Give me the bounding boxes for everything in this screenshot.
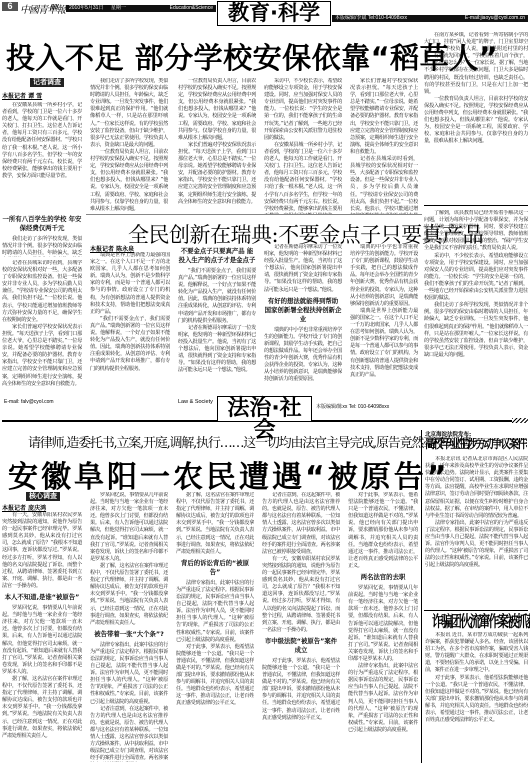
article2-column-3: 记者在斯德哥尔摩采访了一位发明家，他发明的一种新型环保材料已经投入批量生产。他说… (264, 244, 342, 390)
newspaper-logo: 中國青年報 (20, 1, 65, 16)
paragraph: 记者在斯德哥尔摩采访了一位发明家，他发明的一种新型环保材料已经投入批量生产。他说… (178, 325, 256, 375)
paragraph: 记者注意到，在这起案件中，被告方的代理人也是由这名法官推荐的。也就是说，原告、被… (262, 492, 340, 556)
section-title-education: 教育·科学 (217, 1, 331, 26)
paragraph: 法律专家指出，此案中法官的行为严重违反了法定程序。根据民事诉讼法的规定，民事诉讼… (176, 580, 254, 644)
sidebar2-body: 本报讯 近日，某市警方成功破获一起系列诈骗案，抓获犯罪嫌疑人多名。经查，该团伙以… (425, 632, 528, 762)
article1-column-4: 采访中，不少校长表示，希望政府能够设立专项资金，用于学校安保建设。同时，应当加强… (264, 78, 342, 215)
paragraph: 在安徽某县城一所乡村小学，记者看到，学校的门卫是一位六十多岁的老人，他每天的工作… (2, 102, 82, 180)
page-number: 6 (2, 2, 18, 11)
article2-column-1: 瑞典是世界上创新能力最强的国家之一。在这个人口不足一千万的北欧国家，几乎人人都在… (90, 252, 170, 390)
paragraph: 对于此事，罗某表示，他希望法院能够还他一个公道。“我只是一个普通农民，不懂法律，… (262, 658, 340, 722)
paragraph: 一位教育局负责人坦言，目前农村学校的安保投入确实不足。按照规定，学校安保经费应从… (424, 96, 528, 146)
divider (424, 610, 528, 611)
article2-column-4: 瑞典的中小学也非常重视培养学生的创新能力。学校开设了专门的创新课程，鼓励学生动手… (350, 244, 418, 390)
byline-article1: 本报记者 谭 雪 (2, 91, 42, 100)
tag-core-investigation: 核心调查 (26, 492, 60, 501)
paragraph: 有一天，安徽阜阳某村农民罗某突然接到法院的通知，说他作为原告的一起民事案件已经审… (262, 556, 340, 634)
issue-weekday: 星期一 (108, 5, 129, 11)
article3-column-2: 罗某回忆说，事情要从几年前说起。当时他与当地一家企业有一笔经济往来，对方欠他一笔… (90, 492, 168, 762)
paragraph: 对于此事，罗某表示，他希望法院能够还他一个公道。“我只是一个普通农民，不懂法律，… (425, 675, 528, 725)
paragraph: 瑞典的中小学也非常重视培养学生的创新能力。学校开设了专门的创新课程，鼓励学生动手… (350, 244, 418, 308)
paragraph: 对于此事，罗某表示，他希望法院能够还他一个公道。“我只是一个普通农民，不懂法律，… (176, 644, 254, 708)
sidebar1-headline: 高校毕业生涉劳动争议案件增长迅速 (425, 438, 527, 452)
subhead: 有好的想法就能得到帮助 国家创新署全程扶持创新企业 (264, 297, 342, 324)
subhead: 一所有八百学生的学校 年安保经费仅两千元 (2, 215, 82, 233)
issue-date: 2010年5月31日 (66, 5, 106, 11)
paragraph: 记者在县城采访时看到，县城学校的安保状况相对好一些，大多配备了专职保安和监控设备… (2, 260, 82, 324)
subhead: 本人不知道,是谁“被原告” (2, 593, 82, 602)
paragraph: 我们走访了多所学校发现，类似情况并非个例。很多学校的保安由临时聘请的人员担任，年… (2, 236, 82, 257)
sidebar2-headline: 诈骗团伙流窜作案被抓获 (432, 614, 530, 629)
paragraph: 法律专家指出，此案中法官的行为严重违反了法定程序。根据民事诉讼法的规定，民事诉讼… (425, 520, 528, 570)
slash-decoration: ///// (50, 3, 58, 11)
right-column-top: 在南方某乡镇，记者看到一所寄宿制小学的大门口，挂着“闲人免进”的牌子，门卫室里却… (424, 32, 528, 200)
article1-column-1: 在安徽某县城一所乡村小学，记者看到，学校的门卫是一位六十多岁的老人，他每天的工作… (2, 102, 82, 210)
headline-fuyang-farmer: 安徽阜阳一农民遭遇“被原告” (8, 452, 449, 496)
article2-column-2: 不要金点子只要真产品 能投入生产的点子才是金点子 “我们不需要金点子，我们需要真… (178, 244, 256, 390)
paragraph: 瑞典的中小学也非常重视培养学生的创新能力。学校开设了专门的创新课程，鼓励学生动手… (264, 327, 342, 384)
subhead: 市中级法院“被原告”案件成立 (262, 637, 340, 655)
paragraph: 家长们普遍对学校安保状况表示担忧。“每天送孩子上学，看到门口那位老大爷，心里总是… (350, 78, 418, 156)
paragraph: 对于此事，罗某表示，他希望法院能够还他一个公道。“我只是一个普通农民，不懂法律，… (348, 492, 418, 570)
paragraph: 我们走访了多所学校发现，类似情况并非个例。很多学校的保安由临时聘请的人员担任，年… (424, 302, 528, 359)
paragraph: 我们走访了多所学校发现，类似情况并非个例。很多学校的保安由临时聘请的人员担任，年… (90, 78, 168, 149)
article3-column-5: 对于此事，罗某表示，他希望法院能够还他一个公道。“我只是一个普通农民，不懂法律，… (348, 492, 418, 762)
tag-reporter-investigation: 记者调查 (30, 78, 64, 87)
subhead: 两名法官的去职 (348, 573, 418, 582)
editor-line-law: 本版编辑/陈xx Tel: 010-64098xxx (316, 403, 389, 410)
paragraph: 瑞典是世界上创新能力最强的国家之一。在这个人口不足一千万的北欧国家，几乎人人都在… (90, 252, 170, 316)
section-title-law-society: 法治·社会 (217, 396, 312, 422)
paragraph: 罗某回忆说，事情要从几年前说起。当时他与当地一家企业有一笔经济往来，对方欠他一笔… (348, 585, 418, 663)
paragraph: 据了解，这名法官在案件审理过程中，不仅代原告签署了委托书，还指定了代理律师，并主… (90, 563, 168, 627)
paragraph: 家长们普遍对学校安保状况表示担忧。“每天送孩子上学，看到门口那位老大爷，心里总是… (2, 324, 82, 388)
section-email: E-mail:jiaoyu@cyol.com.cn (462, 15, 528, 22)
divider (312, 420, 512, 422)
subhead: 不要金点子只要真产品 能投入生产的点子才是金点子 (178, 247, 256, 265)
paragraph: “我们不需要金点子，我们需要真产品。”瑞典创新署的一位官员这样说。他解释说，一个… (178, 268, 256, 325)
article1-column-2: 我们走访了多所学校发现，类似情况并非个例。很多学校的保安由临时聘请的人员担任，年… (90, 78, 168, 215)
sidebar1-body: 本报北京讯 记者从北京市海淀区人民法院获悉，近年来涉及高校毕业生的劳动争议案件呈… (425, 456, 528, 606)
section-email-law: E-mail: falv@cyol.com (4, 399, 54, 405)
paragraph: 记者在斯德哥尔摩采访了一位发明家，他发明的一种新型环保材料已经投入批量生产。他说… (264, 244, 342, 294)
divider (424, 205, 528, 206)
section-english-law: Law & Society (178, 399, 213, 405)
paragraph: 在安徽某县城一所乡村小学，记者看到，学校的门卫是一位六十多岁的老人，他每天的工作… (264, 142, 342, 215)
article3-column-4: 记者注意到，在这起案件中，被告方的代理人也是由这名法官推荐的。也就是说，原告、被… (262, 492, 340, 762)
subhead: 背后的诉讼背后的“被原告” (176, 559, 254, 577)
paragraph: 据了解，这名法官在案件审理过程中，不仅代原告签署了委托书，还指定了代理律师，并主… (176, 492, 254, 556)
paragraph: 一位教育局负责人坦言，目前农村学校的安保投入确实不足。按照规定，学校安保经费应从… (178, 78, 256, 142)
paragraph: “我们不需要金点子，我们需要真产品。”瑞典创新署的一位官员这样说。他解释说，一个… (90, 316, 170, 373)
paragraph: 本报北京讯 记者从北京市海淀区人民法院获悉，近年来涉及高校毕业生的劳动争议案件呈… (425, 456, 528, 520)
byline-article3: 本报记者 庞庆鸿 (2, 503, 46, 512)
sidebar1-kicker: 北京海淀法院发布: (425, 430, 471, 438)
divider (86, 214, 422, 215)
paragraph: 在南方某乡镇，记者看到一所寄宿制小学的大门口，挂着“闲人免进”的牌子，门卫室里却… (424, 32, 528, 96)
paragraph: 法律专家指出，此案中法官的行为严重违反了法定程序。根据民事诉讼法的规定，民事诉讼… (90, 642, 168, 706)
paragraph: 法律专家指出，此案中法官的行为严重违反了法定程序。根据民事诉讼法的规定，民事诉讼… (348, 663, 418, 734)
kicker-article3: 请律师,造委托书,立案,开庭,调解,执行……这一切均由法官主导完成,原告竟然毫不… (28, 432, 470, 451)
article1-column-6: 记者在县城采访时看到，县城学校的安保状况相对好一些，大多配备了专职保安和监控设备… (2, 260, 82, 390)
paragraph: 一位教育局负责人坦言，目前农村学校的安保投入确实不足。按照规定，学校安保经费应从… (90, 149, 168, 213)
editor-line: 本版编辑/李斌 Tel:010-64098xxx (332, 15, 410, 21)
paragraph: 家长们普遍对学校安保状况表示担忧。“每天送孩子上学，看到门口那位老大爷，心里总是… (178, 142, 256, 206)
paragraph: 采访中，不少校长表示，希望政府能够设立专项资金，用于学校安保建设。同时，应当加强… (264, 78, 342, 142)
paragraph: 罗某回忆说，事情要从几年前说起。当时他与当地一家企业有一笔经济往来，对方欠他一笔… (90, 492, 168, 563)
paragraph: 本报讯 近日，某市警方成功破获一起系列诈骗案，抓获犯罪嫌疑人多名。经查，该团伙以… (425, 632, 528, 675)
divider (2, 420, 217, 422)
paragraph: 有一天，安徽阜阳某村农民罗某突然接到法院的通知，说他作为原告的一起民事案件已经审… (2, 512, 82, 590)
paragraph: 据了解，这名法官在案件审理过程中，不仅代原告签署了委托书，还指定了代理律师，并主… (2, 676, 82, 740)
hatch-decoration (512, 418, 528, 423)
paragraph: 记者在县城采访时看到，县城学校的安保状况相对好一些，大多配备了专职保安和监控设备… (350, 156, 418, 215)
column-divider (421, 430, 422, 763)
top-date-bar: 2010年5月31日 星期一 Education&Science (66, 5, 216, 12)
section-english: Education&Science (167, 5, 216, 12)
article3-column-1: 有一天，安徽阜阳某村农民罗某突然接到法院的通知，说他作为原告的一起民事案件已经审… (2, 512, 82, 762)
article1-column-1b: 一所有八百学生的学校 年安保经费仅两千元 我们走访了多所学校发现，类似情况并非个… (2, 212, 82, 257)
paragraph: 记者注意到，在这起案件中，被告方的代理人也是由这名法官推荐的。也就是说，原告、被… (90, 706, 168, 762)
top-editor-bar: 本版编辑/李斌 Tel:010-64098xxx E-mail:jiaoyu@c… (332, 15, 528, 22)
article1-column-5: 家长们普遍对学校安保状况表示担忧。“每天送孩子上学，看到门口那位老大爷，心里总是… (350, 78, 418, 215)
paragraph: 采访中，不少校长表示，希望政府能够设立专项资金，用于学校安保建设。同时，应当加强… (424, 253, 528, 303)
article1-column-3: 一位教育局负责人坦言，目前农村学校的安保投入确实不足。按照规定，学校安保经费应从… (178, 78, 256, 215)
paragraph: 罗某回忆说，事情要从几年前说起。当时他与当地一家企业有一笔经济往来，对方欠他一笔… (2, 605, 82, 676)
article3-column-3: 据了解，这名法官在案件审理过程中，不仅代原告签署了委托书，还指定了代理律师，并主… (176, 492, 254, 762)
subhead: 被告带着一张“大个条”? (90, 630, 168, 639)
paragraph: 瑞典是世界上创新能力最强的国家之一。在这个人口不足一千万的北欧国家，几乎人人都在… (350, 308, 418, 379)
